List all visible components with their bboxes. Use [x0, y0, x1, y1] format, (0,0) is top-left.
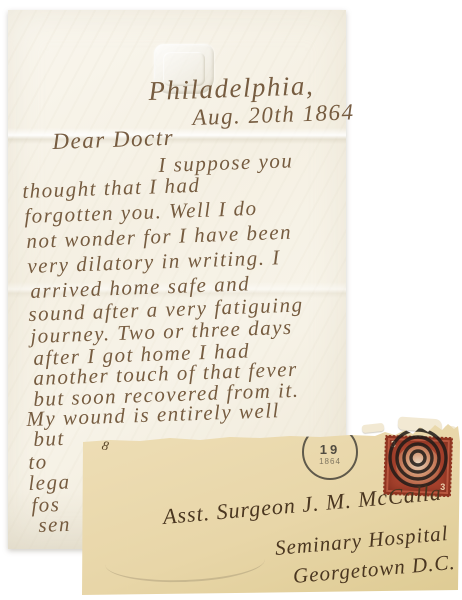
letter-city: Philadelphia, — [148, 72, 315, 105]
postmark-day: 19 — [304, 442, 356, 457]
envelope-address-line: Georgetown D.C. — [292, 552, 456, 587]
letter-salutation: Dear Doctr — [52, 126, 174, 153]
letter-photo-scene: Philadelphia, Aug. 20th 1864 Dear Doctr … — [0, 0, 462, 600]
envelope-address-line: Asst. Surgeon J. M. McCalla — [162, 482, 443, 528]
postmark-year: 1864 — [304, 457, 356, 466]
envelope: 19 1864 3 3 8 Asst. Surgeon J. M. McCall… — [80, 424, 460, 596]
torn-paper-bit — [362, 423, 385, 433]
letter-partial-line: lega — [28, 472, 71, 494]
pencil-mark — [104, 539, 265, 585]
letter-partial-line: sen — [38, 514, 71, 536]
letter-date: Aug. 20th 1864 — [192, 100, 355, 129]
letter-body-line: but — [33, 428, 65, 450]
letter-body-line: I suppose you — [158, 150, 294, 176]
